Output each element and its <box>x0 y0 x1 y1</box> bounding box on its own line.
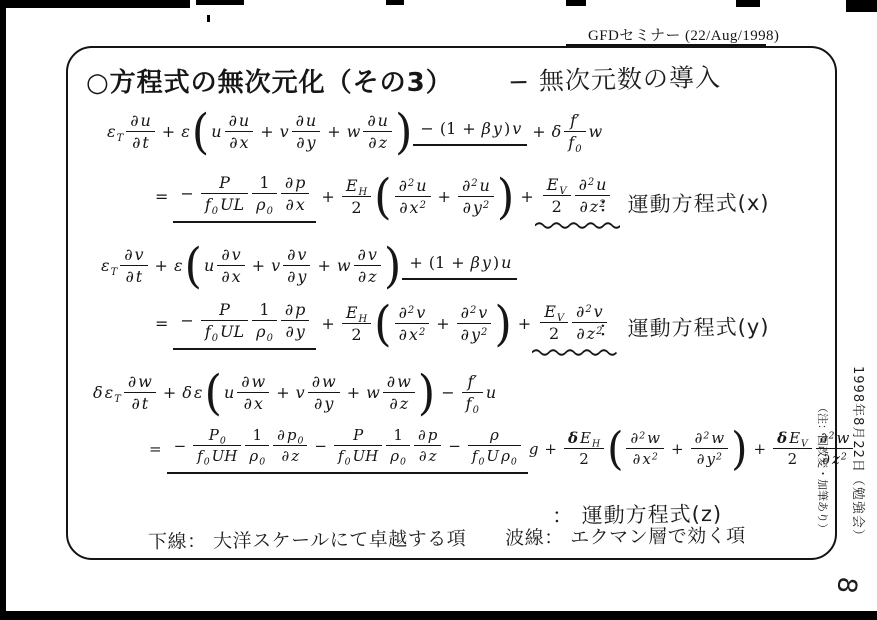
scan-artifact-top-1 <box>196 0 244 5</box>
scan-artifact-top-4 <box>736 0 760 7</box>
scan-artifact-top-2 <box>386 0 404 5</box>
equation-x-label: ： 運動方程式(x) <box>598 187 770 219</box>
scan-artifact-tick <box>207 15 210 22</box>
scan-artifact-top-left <box>0 0 190 8</box>
equation-x-line1: εT∂u∂t+ε(u∂u∂x+v∂u∂y+w∂u∂z)−(1+βy)v+δf′f… <box>106 110 603 153</box>
equation-x-line2: =−Pf0UL1ρ0∂p∂x+EH2(∂2u∂x2+∂2u∂y2)+EV2∂2u… <box>150 170 614 223</box>
equation-y-line1: εT∂v∂t+ε(u∂v∂x+v∂v∂y+w∂v∂z)+(1+βy)u <box>100 244 517 287</box>
equation-z-line1: δεT∂w∂t+δε(u∂w∂x+v∂w∂y+w∂w∂z)−f′f0u <box>92 371 497 414</box>
equation-y-label: ： 運動方程式(y) <box>598 311 770 343</box>
equation-y-line2: =−Pf0UL1ρ0∂p∂y+EH2(∂2v∂x2+∂2v∂y2)+EV2∂2v… <box>150 297 611 350</box>
equation-z-line2: =−P0f0UH1ρ0∂p0∂z−Pf0UH1ρ0∂p∂z−ρf0Uρ0g+δE… <box>144 423 855 474</box>
slide-title-printed: ○方程式の無次元化（その3） <box>86 62 453 99</box>
scanned-seminar-page: GFDセミナー (22/Aug/1998) ○方程式の無次元化（その3） − 無… <box>0 0 877 620</box>
scan-artifact-left-edge <box>0 0 6 620</box>
margin-note-side: （注：図改変・加筆あり） <box>815 402 831 534</box>
scan-artifact-top-right <box>846 0 877 12</box>
slide-title-handwritten: − 無次元数の導入 <box>508 58 722 98</box>
scan-artifact-bottom-edge <box>0 611 877 620</box>
page-number: 8 <box>830 575 862 595</box>
margin-note-date: 1998年8月22日（勉強会） <box>850 366 869 543</box>
seminar-header: GFDセミナー (22/Aug/1998) <box>588 24 779 45</box>
scan-artifact-top-3 <box>566 0 586 6</box>
